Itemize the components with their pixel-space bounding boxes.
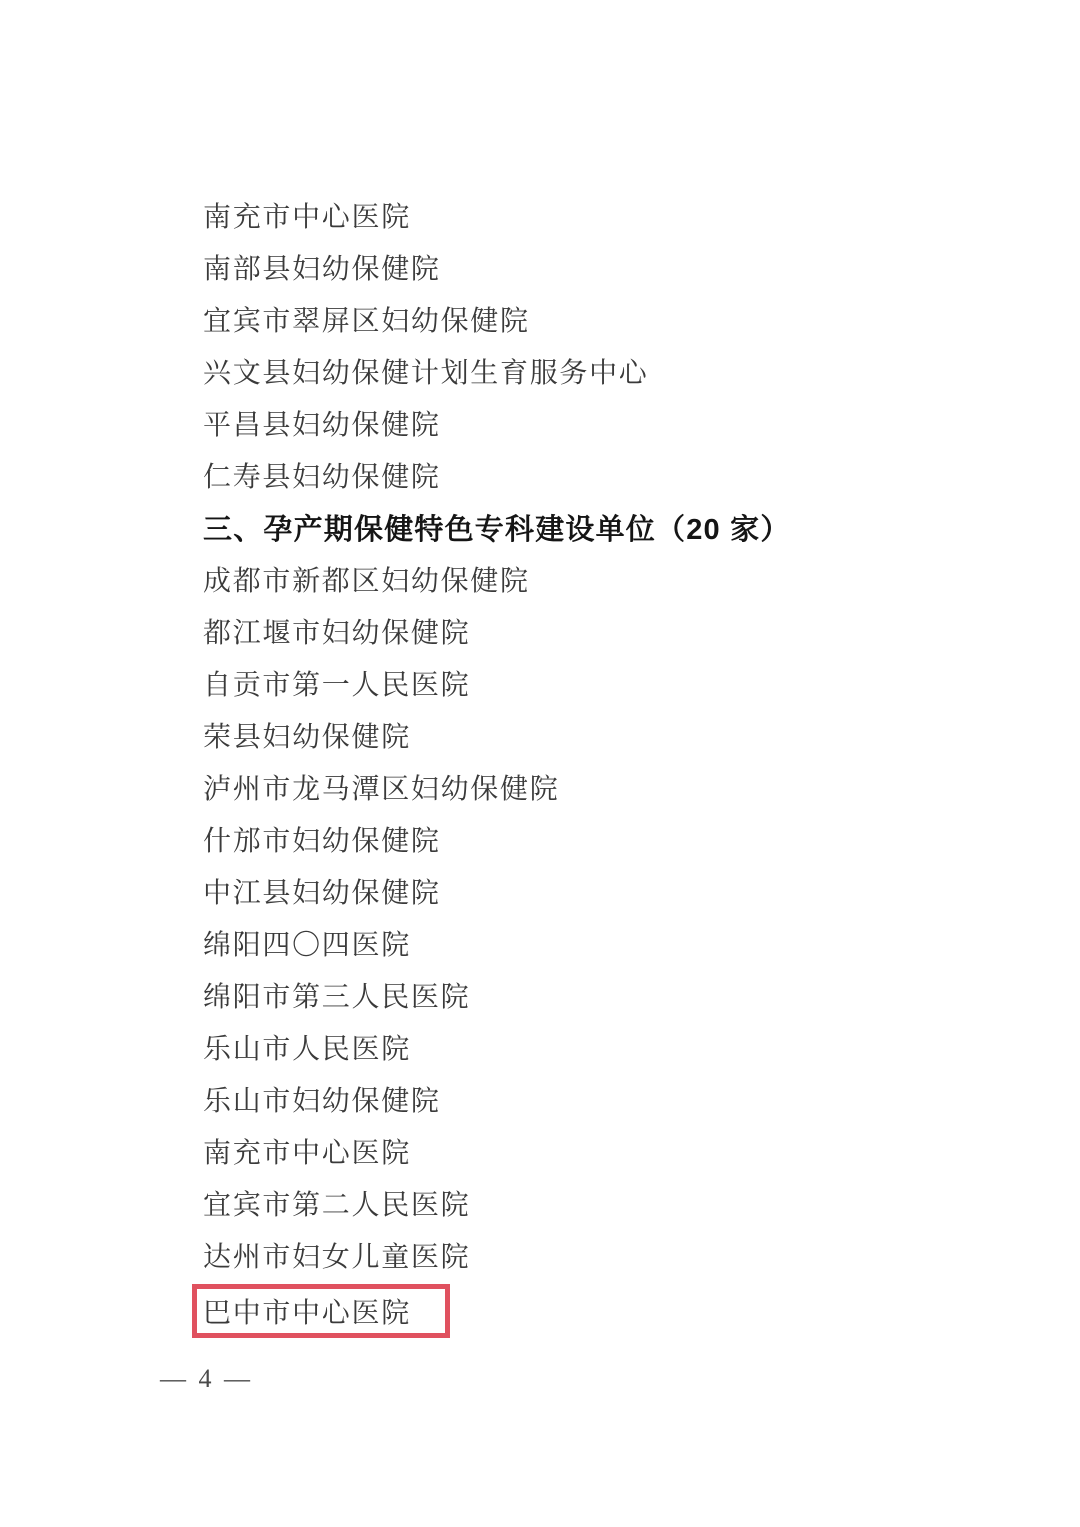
list-item: 南充市中心医院 <box>203 192 791 244</box>
list-item: 达州市妇女儿童医院 <box>203 1232 791 1284</box>
section-heading: 三、孕产期保健特色专科建设单位（20 家） <box>203 504 791 556</box>
list-item: 南部县妇幼保健院 <box>203 244 791 296</box>
section-hospital-list: 成都市新都区妇幼保健院都江堰市妇幼保健院自贡市第一人民医院荣县妇幼保健院泸州市龙… <box>203 556 791 1284</box>
list-item: 平昌县妇幼保健院 <box>203 400 791 452</box>
list-item: 绵阳四〇四医院 <box>203 920 791 972</box>
document-page: 南充市中心医院南部县妇幼保健院宜宾市翠屏区妇幼保健院兴文县妇幼保健计划生育服务中… <box>0 0 1080 1527</box>
list-item: 中江县妇幼保健院 <box>203 868 791 920</box>
highlighted-item: 巴中市中心医院 <box>203 1291 411 1331</box>
list-item: 绵阳市第三人民医院 <box>203 972 791 1024</box>
hospital-list-content: 南充市中心医院南部县妇幼保健院宜宾市翠屏区妇幼保健院兴文县妇幼保健计划生育服务中… <box>203 192 791 1338</box>
highlight-box: 巴中市中心医院 <box>192 1284 450 1338</box>
page-number: — 4 — <box>160 1363 253 1395</box>
list-item: 宜宾市第二人民医院 <box>203 1180 791 1232</box>
list-item: 宜宾市翠屏区妇幼保健院 <box>203 296 791 348</box>
list-item: 乐山市人民医院 <box>203 1024 791 1076</box>
list-item: 成都市新都区妇幼保健院 <box>203 556 791 608</box>
highlight-row: 巴中市中心医院 <box>192 1284 791 1338</box>
list-item: 什邡市妇幼保健院 <box>203 816 791 868</box>
list-item: 泸州市龙马潭区妇幼保健院 <box>203 764 791 816</box>
list-item: 自贡市第一人民医院 <box>203 660 791 712</box>
list-item: 乐山市妇幼保健院 <box>203 1076 791 1128</box>
list-item: 都江堰市妇幼保健院 <box>203 608 791 660</box>
list-item: 兴文县妇幼保健计划生育服务中心 <box>203 348 791 400</box>
top-hospital-list: 南充市中心医院南部县妇幼保健院宜宾市翠屏区妇幼保健院兴文县妇幼保健计划生育服务中… <box>203 192 791 504</box>
list-item: 仁寿县妇幼保健院 <box>203 452 791 504</box>
list-item: 南充市中心医院 <box>203 1128 791 1180</box>
list-item: 荣县妇幼保健院 <box>203 712 791 764</box>
